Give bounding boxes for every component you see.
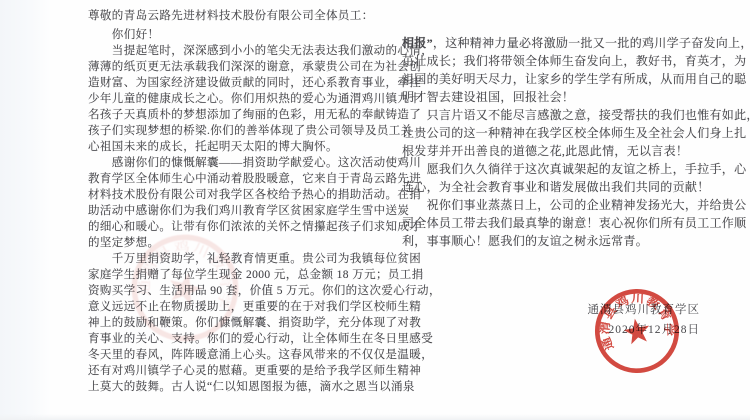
letter-line: 上莫大的鼓舞。古人说“仁以知恩图报为德，滴水之恩当以涌泉 xyxy=(88,379,406,395)
official-seal-icon: 通渭县鸡川教育学区 xyxy=(583,277,692,386)
letter-line: 根发芽并开出善良的道德之花,此恩此情，无以言表！ xyxy=(402,142,748,160)
letter-line: 的细心和暖心。让带有你们浓浓的关怀之情攥起孩子们求知成才 xyxy=(88,219,406,235)
letter-line: 愿我们久久徜徉于这次真诚架起的友谊之桥上，手拉手，心 xyxy=(402,160,748,178)
letter-line: 利，事事顺心！愿我们的友谊之树永远常青。 xyxy=(402,232,748,250)
letter-line: 名孩子天真质朴的梦想添加了绚丽的色彩，用无私的奉献铸造了 xyxy=(88,107,406,123)
letter-line: 孩子们实现梦想的桥梁.你们的善举体现了贵公司领导及员工关 xyxy=(88,123,406,139)
letter-line: 连心，为全社会教育事业和谐发展做出我们共同的贡献！ xyxy=(402,178,748,196)
scan-bottom-edge xyxy=(0,414,750,420)
letter-line: 祖国的美好明天尽力，让家乡的学生学有所成，从而用自己的聪 xyxy=(402,70,748,88)
letter-line: 心祖国未来的成长，托起明天太阳的博大胸怀。 xyxy=(88,139,406,155)
letter-line: 祝你们事业蒸蒸日上，公司的企业精神发扬光大，并给贵公 xyxy=(402,196,748,214)
letter-line: 当提起笔时，深深感到小小的笔尖无法表达我们激动的心情， xyxy=(88,43,406,59)
letter-line: 薄薄的纸页更无法承载我们深深的谢意，承蒙贵公司在为社会创 xyxy=(88,59,406,75)
letter-line: 明才智去建设祖国，回报社会！ xyxy=(402,88,748,106)
letter-right-column: 相报”，这种精神力量必将激励一批又一批的鸡川学子奋发向上， 茁壮成长；我们将带领… xyxy=(402,34,748,340)
letter-line: 教育学区全体师生心中涌动着股股暖意，它来自于青岛云路先进 xyxy=(88,171,406,187)
letter-line: 助活动中感谢你们为我们鸡川教育学区贫困家庭学生雪中送炭 xyxy=(88,203,406,219)
letter-line: 感谢你们的慷慨解囊——捐资助学献爱心。这次活动使鸡川 xyxy=(88,155,406,171)
letter-line: 造财富、为国家经济建设做贡献的同时，还心系教育事业，牵挂 xyxy=(88,75,406,91)
letter-page: 尊敬的青岛云路先进材料技术股份有限公司全体员工： 你们好！ 当提起笔时，深深感到… xyxy=(0,0,750,420)
quote-continuation: 相报” xyxy=(402,36,433,50)
salutation: 尊敬的青岛云路先进材料技术股份有限公司全体员工： xyxy=(88,8,406,24)
scan-left-edge xyxy=(0,0,52,420)
letter-line: 茁壮成长；我们将带领全体师生奋发向上，教好书，育英才，为 xyxy=(402,52,748,70)
letter-line: 冬天里的春风，阵阵暖意涌上心头。这春风带来的不仅仅是温暖， xyxy=(88,347,406,363)
letter-line: 少年儿童的健康成长之心。你们用炽热的爱心为通渭鸡川镇九十 xyxy=(88,91,406,107)
letter-line: 司全体员工带去我们最真挚的谢意！衷心祝你们所有员工工作顺 xyxy=(402,214,748,232)
letter-line: 还有对鸡川镇学子心灵的慰藉。更重要的是给予我学区师生精神 xyxy=(88,363,406,379)
right-body-lines: 茁壮成长；我们将带领全体师生奋发向上，教好书，育英才，为祖国的美好明天尽力，让家… xyxy=(402,52,748,250)
left-body-lines: 你们好！ 当提起笔时，深深感到小小的笔尖无法表达我们激动的心情，薄薄的纸页更无法… xyxy=(88,27,406,395)
letter-line: 只言片语又不能尽言感激之意，接受帮扶的我们也惟有如此， xyxy=(402,106,748,124)
letter-line: 你们好！ xyxy=(88,27,406,43)
letter-line: 让贵公司的这一种精神在我学区校全体师生及全社会人们身上扎 xyxy=(402,124,748,142)
letter-line: 材料技术股份有限公司对我学区各校给予热心的捐助活动。在捐 xyxy=(88,187,406,203)
right-first-line: 相报”，这种精神力量必将激励一批又一批的鸡川学子奋发向上， xyxy=(402,34,748,52)
signature-block: 通渭县鸡川教育学区 2020年12月28日 xyxy=(402,300,748,340)
right-first-line-rest: ，这种精神力量必将激励一批又一批的鸡川学子奋发向上， xyxy=(433,36,750,50)
